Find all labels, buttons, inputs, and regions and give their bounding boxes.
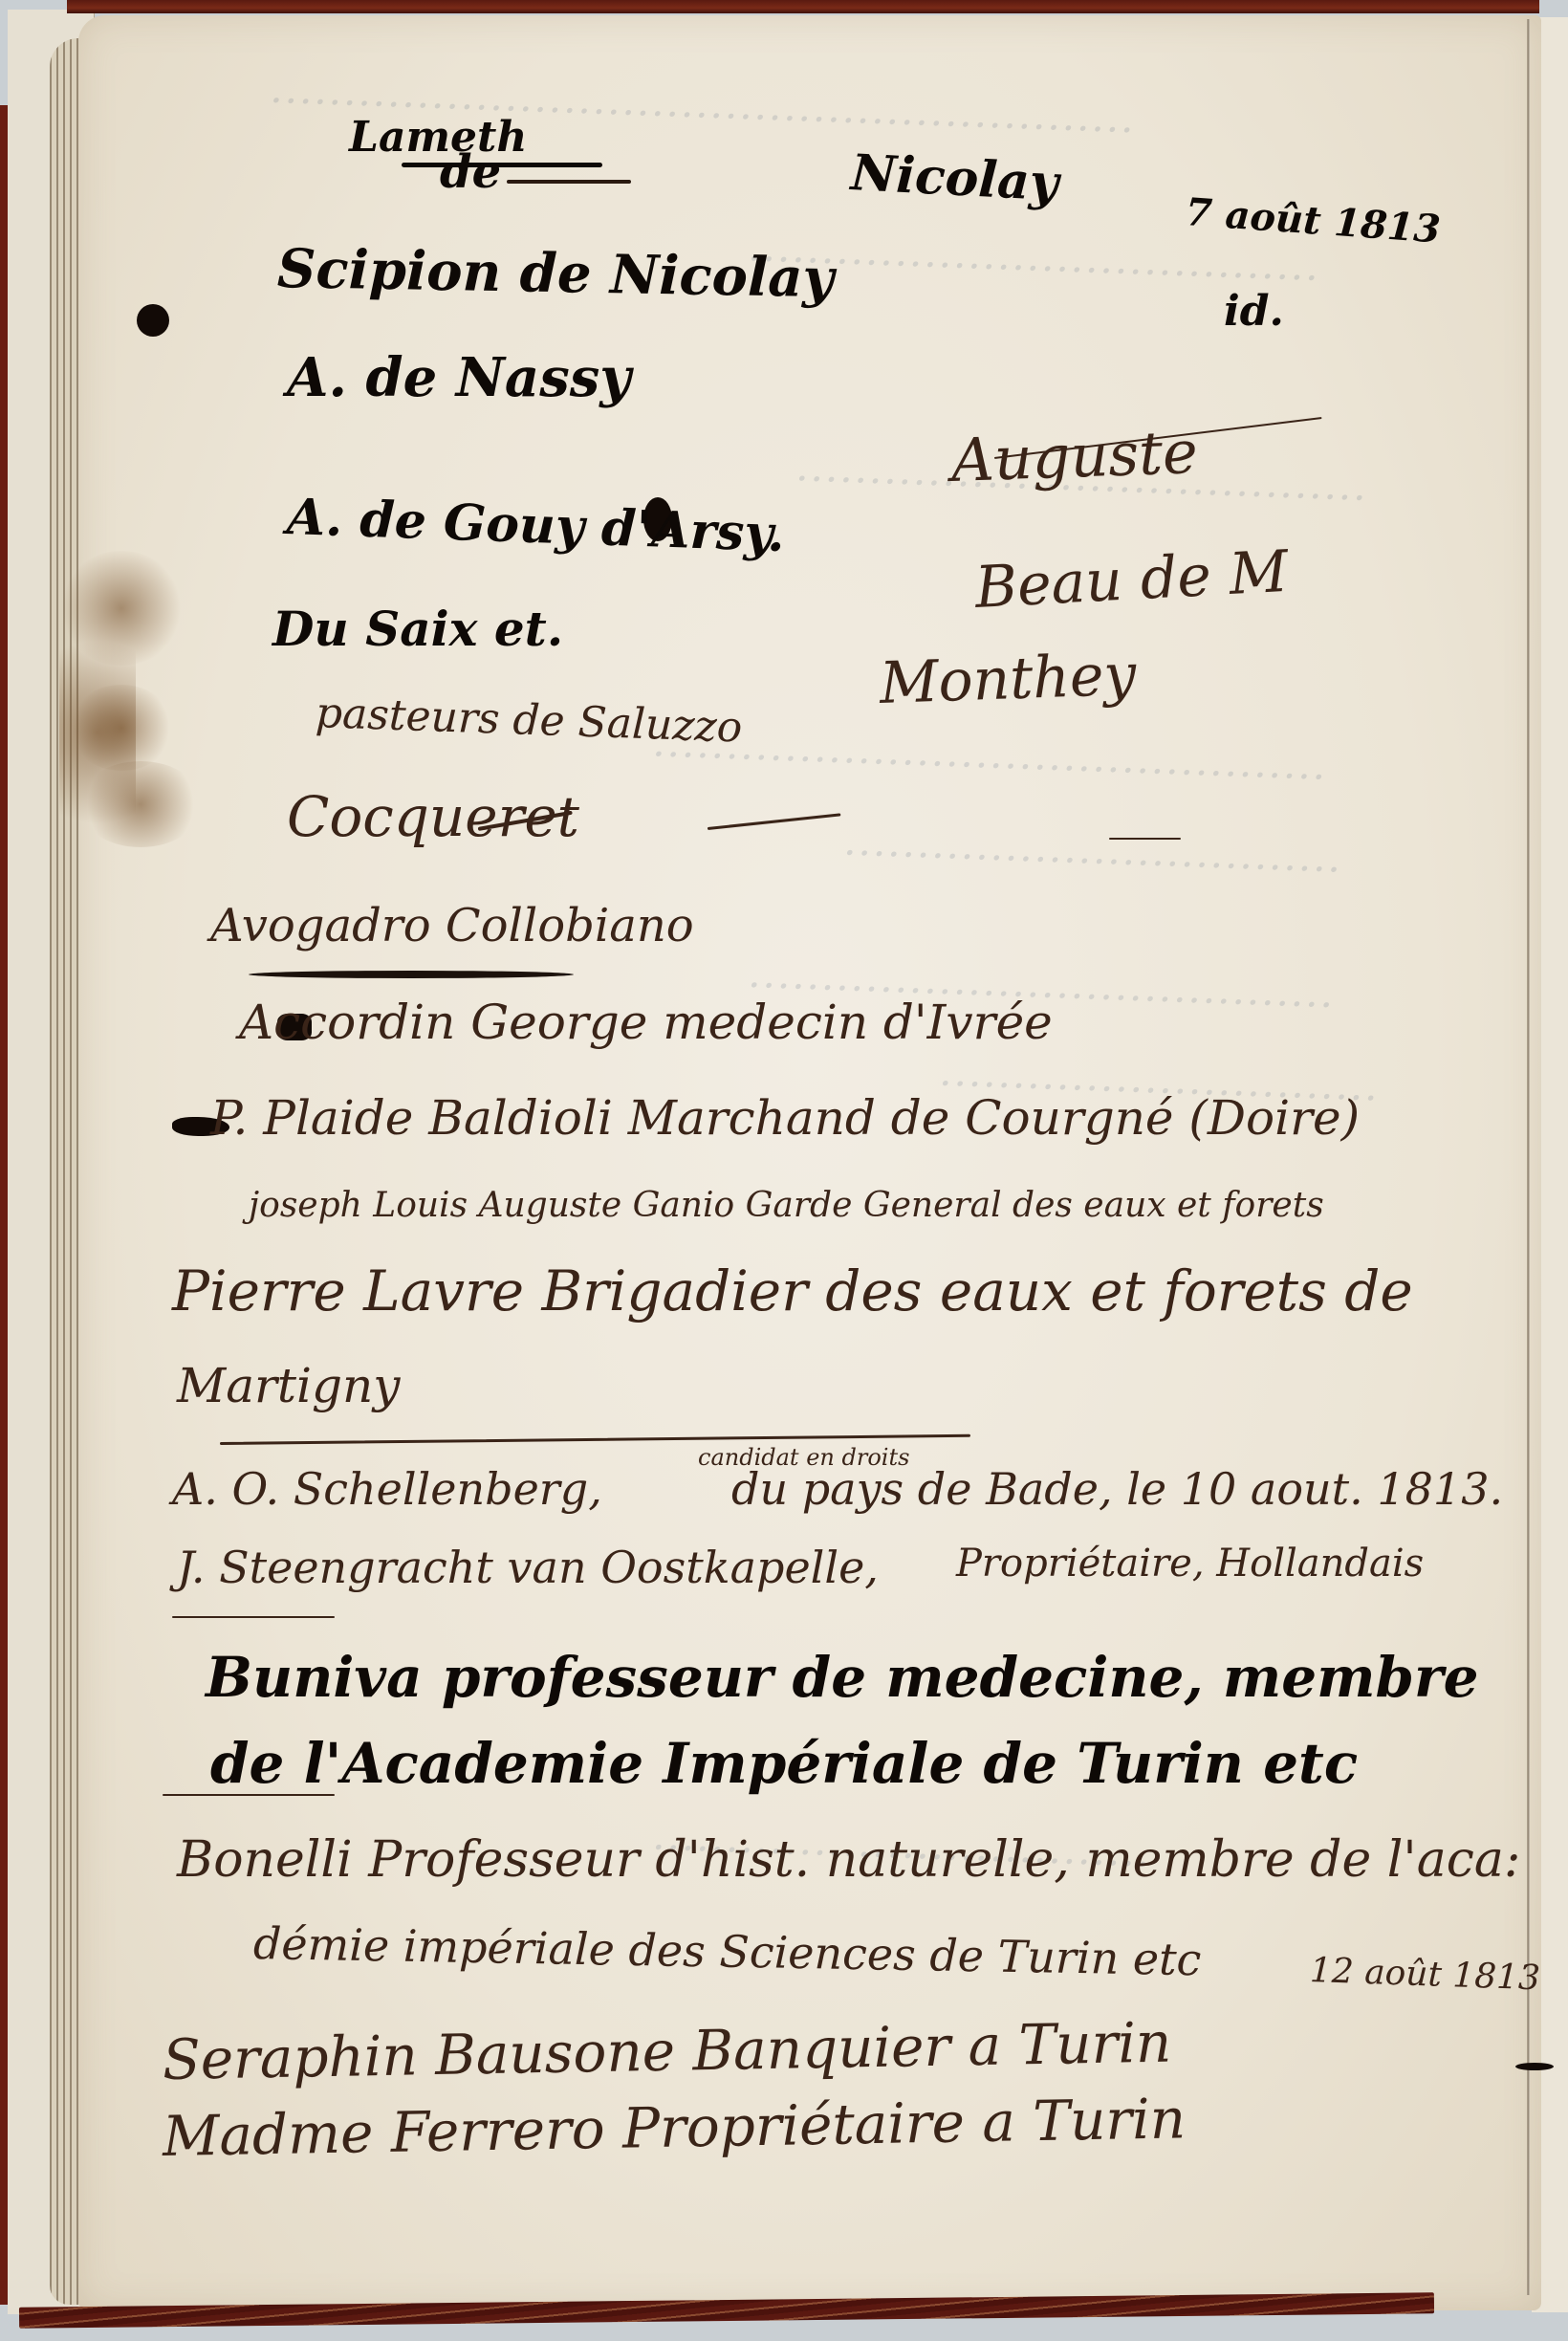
entry-steengracht: J. Steengracht van Oostkapelle, [177,1542,879,1593]
underline-lameth [402,163,602,167]
flourish-avogadro [249,971,574,978]
entry-schellenberg: A. O. Schellenberg, [172,1463,602,1515]
entry-buniva-cont: de l'Academie Impériale de Turin etc [210,1731,1358,1796]
book-cover-top-edge [67,0,1539,13]
entry-buniva: Buniva professeur de medecine, membre [206,1645,1478,1710]
separator-line-3 [163,1794,335,1796]
entry-avogadro-collobiano: Avogadro Collobiano [210,899,694,952]
entry-scipion-de-nicolay: Scipion de Nicolay [276,237,834,310]
entry-du-saix: Du Saix et. [272,601,563,657]
entry-pierre-lavre: Pierre Lavre Brigadier des eaux et foret… [172,1258,1413,1324]
entry-auguste: Auguste [950,417,1199,495]
flourish-cocqueret-3 [1109,838,1181,840]
entry-steengracht-title: Propriétaire, Hollandais [956,1542,1424,1586]
entry-nicolay: Nicolay [849,143,1059,212]
entry-bonelli: Bonelli Professeur d'hist. naturelle, me… [177,1831,1520,1889]
entry-date-12-aout-1813: 12 août 1813 [1309,1951,1540,1998]
bleed-through-text: ········································… [651,731,1327,801]
entry-martigny: Martigny [177,1358,400,1413]
bleed-through-text: ·································· [842,829,1342,893]
ink-blot [1515,2063,1554,2070]
entry-monthey: Monthey [879,642,1138,717]
entry-ganio: joseph Louis Auguste Ganio Garde General… [249,1186,1324,1225]
entry-accordin-george: Accordin George medecin d'Ivrée [239,995,1053,1050]
entry-baldioli: P. Plaide Baldioli Marchand de Courgné (… [210,1090,1360,1146]
flourish-de [507,180,631,184]
entry-de: de [440,145,501,199]
separator-line-2 [172,1616,335,1618]
entry-schellenberg-origin: du pays de Bade, le 10 aout. 1813. [731,1463,1503,1515]
entry-a-de-nassy: A. de Nassy [287,346,631,409]
water-stain [59,608,136,857]
entry-idem: id. [1224,287,1284,336]
gutter-fold [1527,19,1530,2295]
ink-blot [137,304,169,337]
